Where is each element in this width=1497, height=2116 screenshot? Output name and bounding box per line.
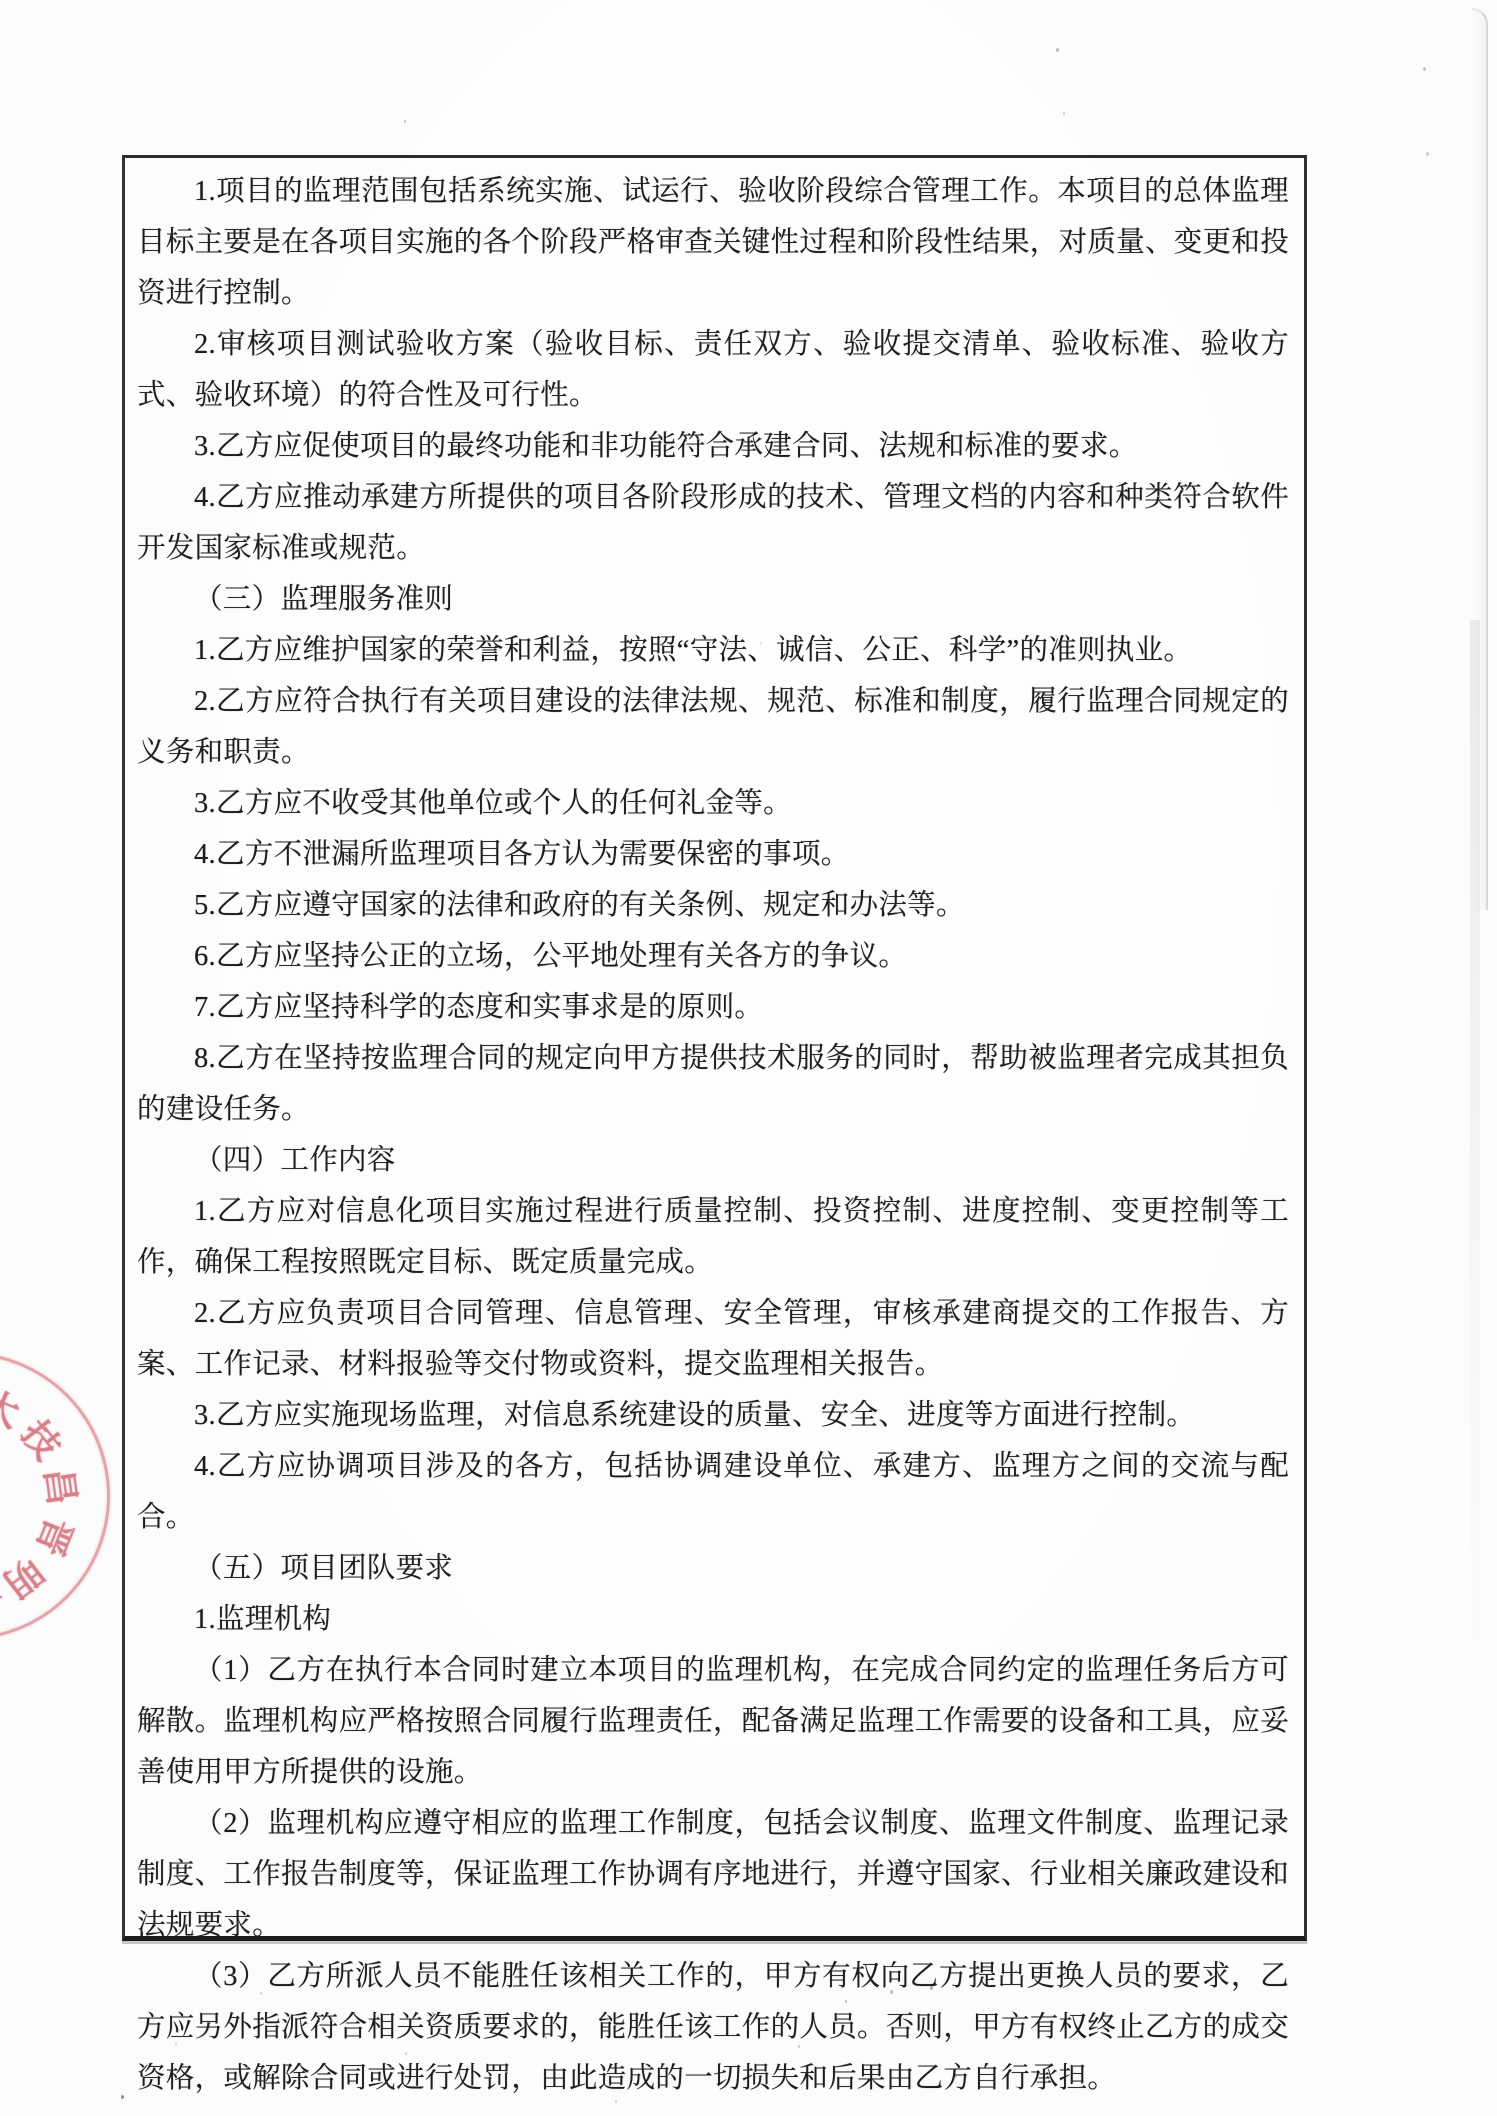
scan-speck <box>260 1992 262 1995</box>
clause-paragraph: （四）工作内容 <box>137 1135 1289 1186</box>
scan-speck <box>405 2052 407 2055</box>
scan-speck <box>1020 2035 1022 2038</box>
clause-paragraph: （3）乙方所派人员不能胜任该相关工作的，甲方有权向乙方提出更换人员的要求，乙方应… <box>137 1951 1289 2104</box>
clause-paragraph: 3.乙方应不收受其他单位或个人的任何礼金等。 <box>137 778 1289 829</box>
scan-speck <box>121 2095 124 2099</box>
scan-speck <box>798 2045 800 2048</box>
clause-paragraph: （2）监理机构应遵守相应的监理工作制度，包括会议制度、监理文件制度、监理记录制度… <box>137 1798 1289 1951</box>
scan-speck <box>712 1968 714 1971</box>
clause-paragraph: 5.乙方应遵守国家的法律和政府的有关条例、规定和办法等。 <box>137 880 1289 931</box>
scan-speck <box>890 1990 893 1994</box>
clause-paragraph: 1.项目的监理范围包括系统实施、试运行、验收阶段综合管理工作。本项目的总体监理目… <box>137 166 1289 319</box>
stamp-glyph: 士 <box>0 1569 8 1630</box>
scan-speck <box>175 2042 177 2045</box>
clause-paragraph: 1.乙方应对信息化项目实施过程进行质量控制、投资控制、进度控制、变更控制等工作，… <box>137 1186 1289 1288</box>
scan-speck <box>404 120 406 123</box>
scan-speck <box>545 2036 547 2039</box>
scan-speck <box>915 352 917 355</box>
clause-paragraph: （1）乙方在执行本合同时建立本项目的监理机构，在完成合同约定的监理任务后方可解散… <box>137 1645 1289 1798</box>
scan-speck <box>1426 152 1429 156</box>
red-seal-ring <box>0 1352 110 1640</box>
document-page: 1.项目的监理范围包括系统实施、试运行、验收阶段综合管理工作。本项目的总体监理目… <box>0 0 1497 2116</box>
scan-speck <box>1423 67 1426 71</box>
scan-speck <box>588 1205 590 1208</box>
clause-paragraph: （三）监理服务准则 <box>137 574 1289 625</box>
clause-paragraph: 4.乙方应推动承建方所提供的项目各阶段形成的技术、管理文档的内容和种类符合软件开… <box>137 472 1289 574</box>
clause-paragraph: 8.乙方在坚持按监理合同的规定向甲方提供技术服务的同时，帮助被监理者完成其担负的… <box>137 1033 1289 1135</box>
clause-paragraph: 1.监理机构 <box>137 1594 1289 1645</box>
scan-speck <box>615 2100 617 2103</box>
scan-speck <box>650 1965 652 1968</box>
scan-speck <box>1015 1970 1017 1973</box>
clause-paragraph: （五）项目团队要求 <box>137 1543 1289 1594</box>
scan-speck <box>845 2000 847 2003</box>
stamp-glyph: 技 <box>10 1407 75 1469</box>
scan-speck <box>930 1986 933 1990</box>
scan-speck <box>1056 48 1059 52</box>
clause-paragraph: 4.乙方不泄漏所监理项目各方认为需要保密的事项。 <box>137 829 1289 880</box>
scan-speck <box>432 2012 434 2015</box>
scanned-contract-page: { "document": { "kind": "scanned contrac… <box>0 0 1497 2116</box>
scan-page-edge-shadow <box>1470 620 1480 1720</box>
clause-paragraph: 7.乙方应坚持科学的态度和实事求是的原则。 <box>137 982 1289 1033</box>
stamp-glyph: 大 <box>0 1374 29 1438</box>
clause-paragraph: 6.乙方应坚持公正的立场，公平地处理有关各方的争议。 <box>137 931 1289 982</box>
clause-paragraph: 3.乙方应促使项目的最终功能和非功能符合承建合同、法规和标准的要求。 <box>137 421 1289 472</box>
scan-speck <box>580 1969 582 1972</box>
clause-paragraph: 2.审核项目测试验收方案（验收目标、责任双方、验收提交清单、验收标准、验收方式、… <box>137 319 1289 421</box>
red-seal-stamp: 大技昌晋明士 <box>0 1352 110 1640</box>
clause-paragraph: 3.乙方应实施现场监理，对信息系统建设的质量、安全、进度等方面进行控制。 <box>137 1390 1289 1441</box>
clause-paragraph: 2.乙方应负责项目合同管理、信息管理、安全管理，审核承建商提交的工作报告、方案、… <box>137 1288 1289 1390</box>
stamp-glyph: 昌 <box>34 1464 93 1508</box>
clause-paragraph: 2.乙方应符合执行有关项目建设的法律法规、规范、标准和制度，履行监理合同规定的义… <box>137 676 1289 778</box>
stamp-glyph: 明 <box>0 1547 57 1612</box>
stamp-glyph: 晋 <box>25 1511 89 1566</box>
clause-paragraph: 1.乙方应维护国家的荣誉和利益，按照“守法、诚信、公正、科学”的准则执业。 <box>137 625 1289 676</box>
contract-clause-box: 1.项目的监理范围包括系统实施、试运行、验收阶段综合管理工作。本项目的总体监理目… <box>122 155 1307 1941</box>
scan-speck <box>1063 112 1065 115</box>
clause-text-block: 1.项目的监理范围包括系统实施、试运行、验收阶段综合管理工作。本项目的总体监理目… <box>125 158 1304 2104</box>
scan-speck <box>955 2075 957 2078</box>
scan-speck <box>760 642 762 645</box>
clause-paragraph: 4.乙方应协调项目涉及的各方，包括协调建设单位、承建方、监理方之间的交流与配合。 <box>137 1441 1289 1543</box>
